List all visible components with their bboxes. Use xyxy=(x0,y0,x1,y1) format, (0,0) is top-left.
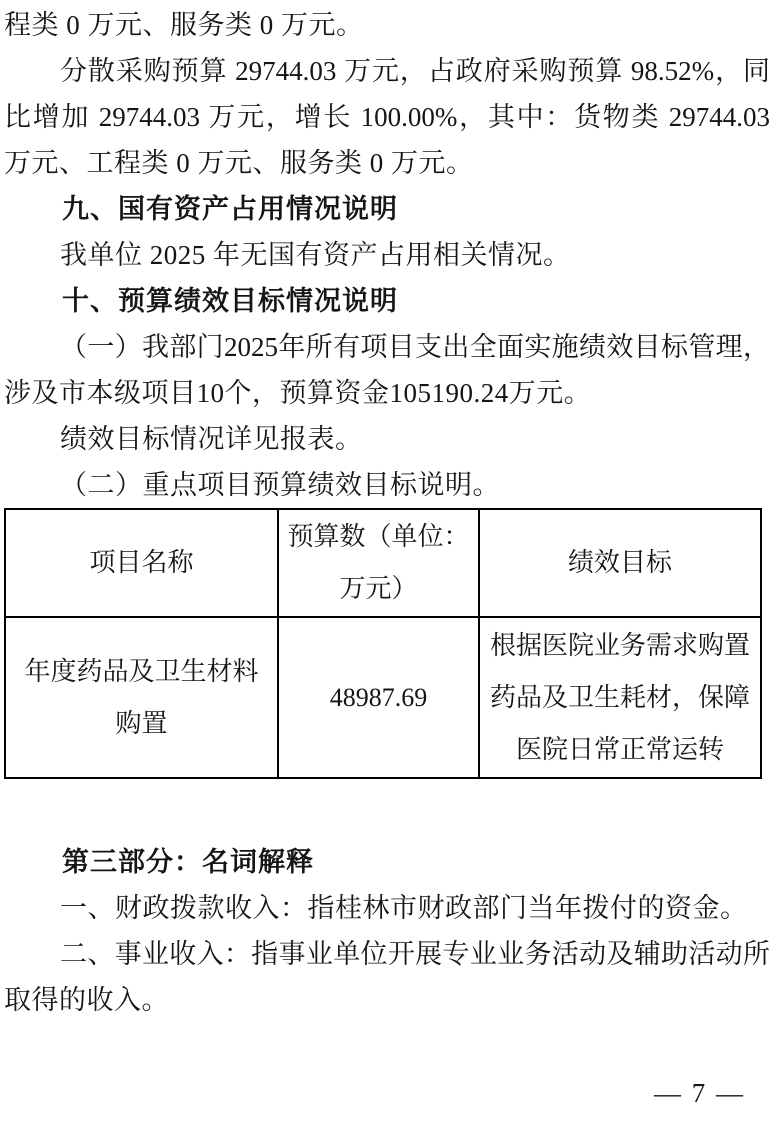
table-header-budget: 预算数（单位： 万元） xyxy=(278,509,479,617)
glossary-line-business-1: 二、事业收入：指事业单位开展专业业务活动及辅助活动所 xyxy=(4,931,770,977)
table-header-project-name: 项目名称 xyxy=(5,509,278,617)
table-cell-text: 48987.69 xyxy=(279,672,478,724)
table-header-text: 预算数（单位： xyxy=(279,511,478,563)
paragraph-line-state-assets: 我单位 2025 年无国有资产占用相关情况。 xyxy=(4,232,770,278)
table-header-target: 绩效目标 xyxy=(479,509,761,617)
table-header-text: 绩效目标 xyxy=(480,537,760,589)
table-cell-text: 药品及卫生耗材，保障 xyxy=(480,672,760,724)
page-number: — 7 — xyxy=(654,1076,745,1110)
glossary-line-business-2: 取得的收入。 xyxy=(4,977,770,1023)
document-page: 程类 0 万元、服务类 0 万元。 分散采购预算 29744.03 万元，占政府… xyxy=(0,0,775,1122)
paragraph-line-decentralized-1: 分散采购预算 29744.03 万元，占政府采购预算 98.52%，同 xyxy=(4,48,770,94)
table-row: 年度药品及卫生材料 购置 48987.69 根据医院业务需求购置 药品及卫生耗材… xyxy=(5,617,761,778)
paragraph-line-performance-report: 绩效目标情况详见报表。 xyxy=(4,416,770,462)
table-cell-text: 购置 xyxy=(6,698,277,750)
table-cell-text: 医院日常正常运转 xyxy=(480,724,760,776)
table-cell-target: 根据医院业务需求购置 药品及卫生耗材，保障 医院日常正常运转 xyxy=(479,617,761,778)
table-cell-project-name: 年度药品及卫生材料 购置 xyxy=(5,617,278,778)
table-header-text: 万元） xyxy=(279,563,478,615)
table-header-text: 项目名称 xyxy=(6,537,277,589)
glossary-line-fiscal: 一、财政拨款收入：指桂林市财政部门当年拨付的资金。 xyxy=(4,885,770,931)
table-cell-text: 根据医院业务需求购置 xyxy=(480,620,760,672)
paragraph-line-decentralized-3: 万元、工程类 0 万元、服务类 0 万元。 xyxy=(4,140,770,186)
section-heading-glossary: 第三部分：名词解释 xyxy=(4,839,770,885)
table-cell-text: 年度药品及卫生材料 xyxy=(6,646,277,698)
paragraph-line-performance-1: （一）我部门2025年所有项目支出全面实施绩效目标管理， xyxy=(4,324,770,370)
paragraph-line-procurement-tail: 程类 0 万元、服务类 0 万元。 xyxy=(4,2,770,48)
paragraph-line-performance-2: 涉及市本级项目10个，预算资金105190.24万元。 xyxy=(4,370,770,416)
table-cell-budget: 48987.69 xyxy=(278,617,479,778)
section-heading-state-assets: 九、国有资产占用情况说明 xyxy=(4,186,770,232)
table-header-row: 项目名称 预算数（单位： 万元） 绩效目标 xyxy=(5,509,761,617)
paragraph-line-decentralized-2: 比增加 29744.03 万元，增长 100.00%，其中：货物类 29744.… xyxy=(4,94,770,140)
section-heading-performance: 十、预算绩效目标情况说明 xyxy=(4,278,770,324)
performance-target-table: 项目名称 预算数（单位： 万元） 绩效目标 年度药品及卫生材料 购置 48987… xyxy=(4,508,762,779)
paragraph-line-key-projects: （二）重点项目预算绩效目标说明。 xyxy=(4,462,770,508)
